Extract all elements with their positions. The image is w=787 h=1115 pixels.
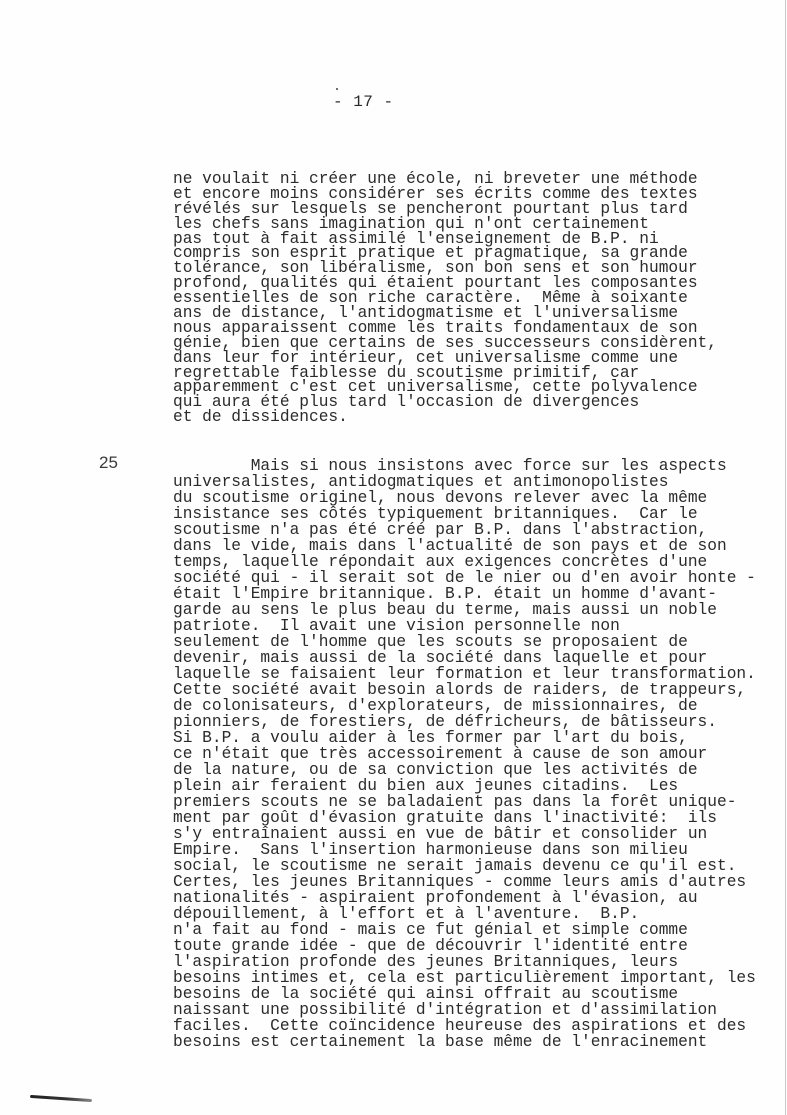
text-line: naissant une possibilité d'intégration e… xyxy=(173,1002,756,1018)
text-line: nationalités - aspiraient profondement à… xyxy=(173,890,756,906)
paragraph-1: ne voulait ni créer une école, ni brevet… xyxy=(173,172,717,425)
text-line: temps, laquelle répondait aux exigences … xyxy=(173,554,756,570)
text-line: était l'Empire britannique. B.P. était u… xyxy=(173,586,756,602)
text-line: ce n'était que très accessoirement à cau… xyxy=(173,746,756,762)
text-line: seulement de l'homme que les scouts se p… xyxy=(173,634,756,650)
text-line: Mais si nous insistons avec force sur le… xyxy=(173,458,756,474)
text-line: dépouillement, à l'effort et à l'aventur… xyxy=(173,906,756,922)
ink-dot xyxy=(336,88,338,90)
text-line: pionniers, de forestiers, de défricheurs… xyxy=(173,714,756,730)
text-line: n'a fait au fond - mais ce fut génial et… xyxy=(173,922,756,938)
pen-mark xyxy=(30,1095,92,1102)
text-line: s'y entraînaient aussi en vue de bâtir e… xyxy=(173,826,756,842)
text-line: garde au sens le plus beau du terme, mai… xyxy=(173,602,756,618)
paragraph-2: Mais si nous insistons avec force sur le… xyxy=(173,458,756,1050)
text-line: Si B.P. a voulu aider à les former par l… xyxy=(173,730,756,746)
text-line: dans le vide, mais dans l'actualité de s… xyxy=(173,538,756,554)
margin-note-number: 25 xyxy=(99,453,118,473)
text-line: l'aspiration profonde des jeunes Britann… xyxy=(173,954,756,970)
text-line: et de dissidences. xyxy=(173,410,717,425)
text-line: universalistes, antidogmatiques et antim… xyxy=(173,474,756,490)
text-line: Empire. Sans l'insertion harmonieuse dan… xyxy=(173,842,756,858)
text-line: laquelle se faisaient leur formation et … xyxy=(173,666,756,682)
text-line: Cette société avait besoin alords de rai… xyxy=(173,682,756,698)
text-line: scoutisme n'a pas été créé par B.P. dans… xyxy=(173,522,756,538)
text-line: devenir, mais aussi de la société dans l… xyxy=(173,650,756,666)
text-line: de colonisateurs, d'explorateurs, de mis… xyxy=(173,698,756,714)
text-line: Certes, les jeunes Britanniques - comme … xyxy=(173,874,756,890)
text-line: du scoutisme originel, nous devons relev… xyxy=(173,490,756,506)
text-line: plein air feraient du bien aux jeunes ci… xyxy=(173,778,756,794)
text-line: insistance ses côtés typiquement britann… xyxy=(173,506,756,522)
text-line: ment par goût d'évasion gratuite dans l'… xyxy=(173,810,756,826)
scanned-page: - 17 - 25 ne voulait ni créer une école,… xyxy=(0,0,787,1115)
text-line: besoins est certainement la base même de… xyxy=(173,1034,756,1050)
text-line: faciles. Cette coïncidence heureuse des … xyxy=(173,1018,756,1034)
page-number: - 17 - xyxy=(333,93,394,111)
text-line: toute grande idée - que de découvrir l'i… xyxy=(173,938,756,954)
text-line: besoins intimes et, cela est particulièr… xyxy=(173,970,756,986)
text-line: patriote. Il avait une vision personnell… xyxy=(173,618,756,634)
text-line: premiers scouts ne se baladaient pas dan… xyxy=(173,794,756,810)
text-line: social, le scoutisme ne serait jamais de… xyxy=(173,858,756,874)
scan-edge-line xyxy=(785,0,786,1115)
text-line: de la nature, ou de sa conviction que le… xyxy=(173,762,756,778)
text-line: société qui - il serait sot de le nier o… xyxy=(173,570,756,586)
text-line: besoins de la société qui ainsi offrait … xyxy=(173,986,756,1002)
